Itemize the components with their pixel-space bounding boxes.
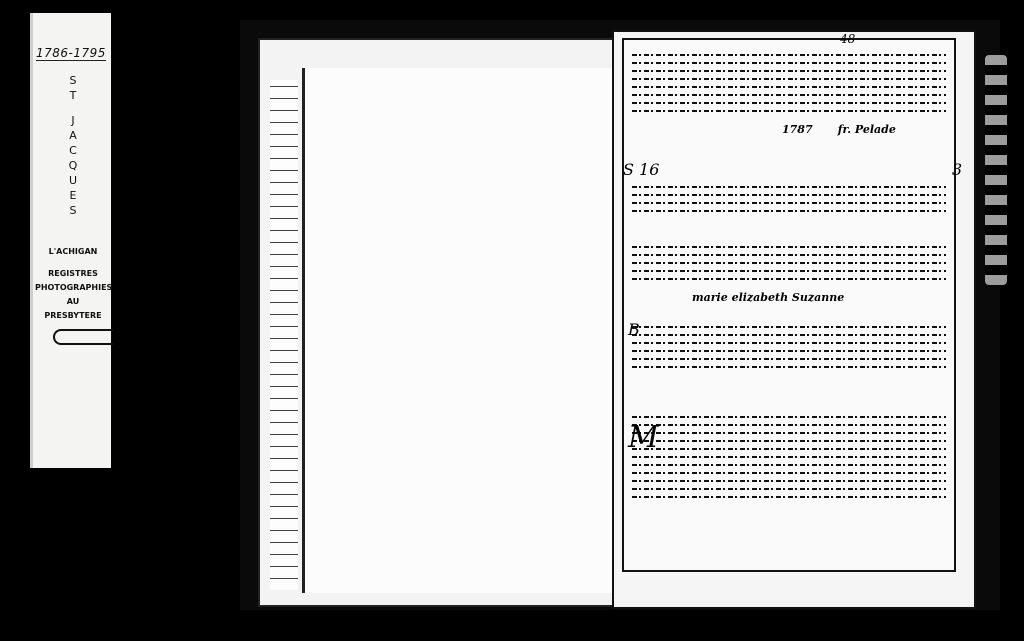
page-number: 48 [840, 32, 855, 46]
left-blank-page [302, 68, 630, 593]
entry-signature-name: marie elizabeth Suzanne [692, 291, 844, 304]
letter: U [63, 173, 83, 188]
letter: S [63, 73, 83, 88]
register-entry-3: marie elizabeth Suzanne [632, 240, 946, 305]
entry-year: 1787 [782, 123, 813, 136]
note-line: PRESBYTERE [35, 309, 111, 323]
binding-ornament [985, 55, 1007, 285]
margin-note: 3 [952, 160, 962, 179]
parish-line: L'ACHIGAN [35, 245, 111, 259]
note-line: AU [35, 295, 111, 309]
date-range: 1786-1795 [36, 46, 106, 61]
label-notes: L'ACHIGAN REGISTRES PHOTOGRAPHIES AU PRE… [35, 245, 111, 323]
parish-name-vertical: S T J A C Q U E S [63, 73, 83, 218]
letter: S [63, 203, 83, 218]
letter: E [63, 188, 83, 203]
margin-mark: S 16 [623, 160, 659, 179]
letter: T [63, 88, 83, 103]
margin-mark: M [628, 420, 659, 455]
entry-signature: fr. Pelade [838, 123, 896, 136]
letter: C [63, 143, 83, 158]
register-entry-1: 1787 fr. Pelade [632, 48, 946, 137]
register-entry-5 [632, 410, 946, 504]
paper-clip-icon [53, 329, 113, 345]
archive-label-strip: 1786-1795 S T J A C Q U E S L'ACHIGAN RE… [30, 13, 111, 468]
letter: J [63, 113, 83, 128]
register-entry-4 [632, 320, 946, 374]
note-line: PHOTOGRAPHIES [35, 281, 111, 295]
letter: Q [63, 158, 83, 173]
margin-mark: B [628, 320, 640, 339]
register-entry-2 [632, 180, 946, 218]
page-edge-writing [270, 80, 298, 590]
right-page-frame: 1787 fr. Pelade marie elizabeth Suzanne [622, 38, 956, 572]
note-line: REGISTRES [35, 267, 111, 281]
letter: A [63, 128, 83, 143]
